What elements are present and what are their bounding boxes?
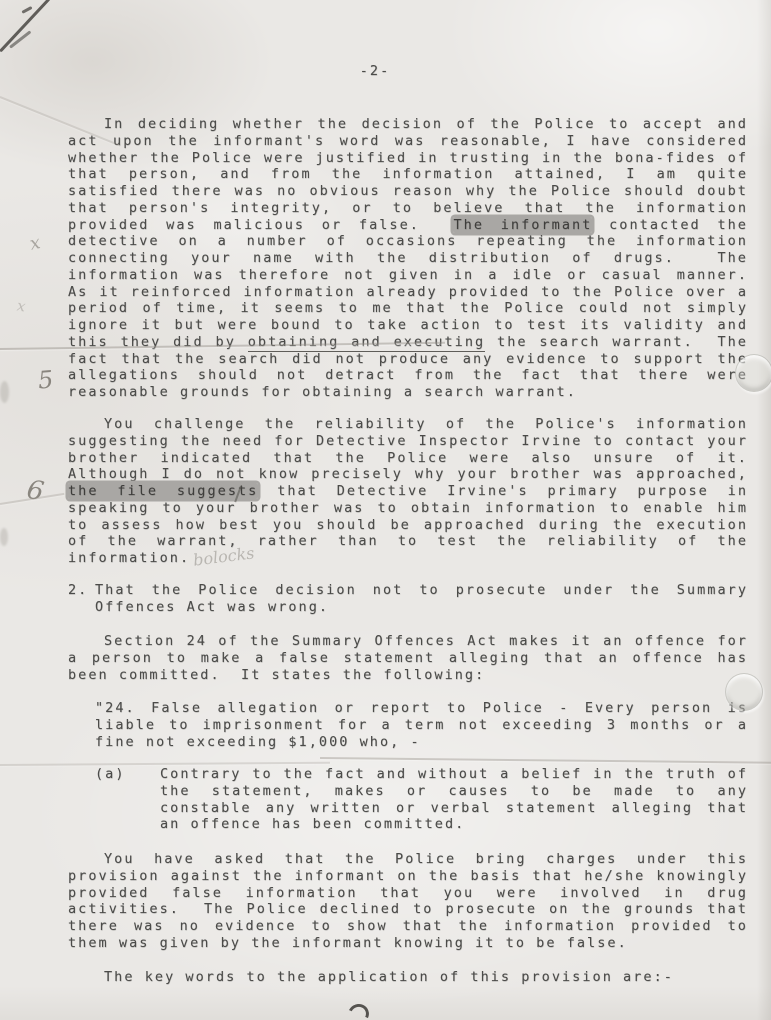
text-segment: That the Police decision not to prosecut… xyxy=(95,582,748,598)
document-line: period of time, it seems to me that the … xyxy=(68,300,748,317)
text-segment: Section 24 of the Summary Offences Act m… xyxy=(104,633,748,649)
text-segment: contacted the xyxy=(592,217,748,233)
document-line: You challenge the reliability of the Pol… xyxy=(68,416,748,433)
text-block-para-3: Section 24 of the Summary Offences Act m… xyxy=(68,633,748,683)
document-line: Section 24 of the Summary Offences Act m… xyxy=(68,633,748,650)
x-mark-2: x xyxy=(16,296,27,315)
line-label: (a) xyxy=(95,766,126,783)
document-line: In deciding whether the decision of the … xyxy=(68,116,748,133)
document-line: provision against the informant on the b… xyxy=(68,868,748,885)
hole-punch xyxy=(725,673,763,711)
text-segment: the statement, makes or causes to be mad… xyxy=(160,783,748,799)
edge-smudge xyxy=(0,381,9,403)
document-line: connecting your name with the distributi… xyxy=(68,250,748,267)
document-line: (a)Contrary to the fact and without a be… xyxy=(68,766,748,783)
text-block-para-1: In deciding whether the decision of the … xyxy=(68,116,748,401)
text-segment: provided false information that you were… xyxy=(68,885,748,901)
corner-fold-mark xyxy=(21,6,32,13)
text-segment: The key words to the application of this… xyxy=(104,969,674,985)
text-segment: Contrary to the fact and without a belie… xyxy=(160,766,748,782)
document-line: 2.That the Police decision not to prosec… xyxy=(68,582,748,599)
text-segment: to assess how best you should be approac… xyxy=(68,517,748,533)
document-line: "24. False allegation or report to Polic… xyxy=(68,700,748,717)
document-line: detective on a number of occasions repea… xyxy=(68,233,748,250)
handwritten-5: 5 xyxy=(37,365,55,394)
document-line: liable to imprisonment for a term not ex… xyxy=(68,717,748,734)
highlighted-text: The informant xyxy=(453,217,592,233)
text-segment: Although I do not know precisely why you… xyxy=(68,466,748,482)
text-segment: As it reinforced information already pro… xyxy=(68,284,748,300)
document-line: the file suggests that Detective Irvine'… xyxy=(68,483,748,500)
text-block-quote-s24: "24. False allegation or report to Polic… xyxy=(68,700,748,750)
document-line: The key words to the application of this… xyxy=(68,969,748,986)
text-segment: You have asked that the Police bring cha… xyxy=(104,851,748,867)
scanned-document-page: -2- In deciding whether the decision of … xyxy=(0,0,771,1020)
text-segment: detective on a number of occasions repea… xyxy=(68,233,748,249)
line-label: 2. xyxy=(68,582,88,599)
document-line: the statement, makes or causes to be mad… xyxy=(68,783,748,800)
handwritten-6: 6 xyxy=(25,475,47,507)
document-line: Although I do not know precisely why you… xyxy=(68,466,748,483)
document-line: brother indicated that the Police were a… xyxy=(68,450,748,467)
text-segment: a person to make a false statement alleg… xyxy=(68,650,748,666)
text-segment: satisfied there was no obvious reason wh… xyxy=(68,183,748,199)
text-segment: brother indicated that the Police were a… xyxy=(68,450,748,466)
text-block-para-4: You have asked that the Police bring cha… xyxy=(68,851,748,952)
document-line: of the warrant, rather than to test the … xyxy=(68,533,748,550)
text-segment: act upon the informant's word was reason… xyxy=(68,133,748,149)
bottom-edge-mark xyxy=(345,1001,372,1020)
page-number: -2- xyxy=(352,63,398,79)
document-line: information was therefore not given in a… xyxy=(68,267,748,284)
document-line: allegations should not detract from the … xyxy=(68,367,748,384)
text-block-item-2: 2.That the Police decision not to prosec… xyxy=(68,582,748,616)
text-segment: constable any written or verbal statemen… xyxy=(160,800,748,816)
crease-line xyxy=(320,757,771,763)
text-block-closing-line: The key words to the application of this… xyxy=(68,969,748,986)
text-segment: provision against the informant on the b… xyxy=(68,868,748,884)
text-segment: of the warrant, rather than to test the … xyxy=(68,533,748,549)
document-line: an offence has been committed. xyxy=(68,816,748,833)
text-segment: liable to imprisonment for a term not ex… xyxy=(95,717,748,733)
text-segment: information was therefore not given in a… xyxy=(68,267,748,283)
text-segment: that Detective Irvine's primary purpose … xyxy=(258,483,748,499)
document-line: You have asked that the Police bring cha… xyxy=(68,851,748,868)
document-line: provided was malicious or false. The inf… xyxy=(68,217,748,234)
text-segment: fine not exceeding $1,000 who, - xyxy=(95,734,421,750)
document-line: constable any written or verbal statemen… xyxy=(68,800,748,817)
document-line: fact that the search did not produce any… xyxy=(68,351,748,368)
document-line: activities. The Police declined to prose… xyxy=(68,901,748,918)
highlighted-text: the file suggests xyxy=(68,483,258,499)
document-line: As it reinforced information already pro… xyxy=(68,284,748,301)
document-line: act upon the informant's word was reason… xyxy=(68,133,748,150)
document-line: them was given by the informant knowing … xyxy=(68,935,748,952)
text-segment: fact that the search did not produce any… xyxy=(68,351,748,367)
document-line: fine not exceeding $1,000 who, - xyxy=(68,734,748,751)
text-block-subitem-a: (a)Contrary to the fact and without a be… xyxy=(68,766,748,833)
text-block-para-2: You challenge the reliability of the Pol… xyxy=(68,416,748,567)
text-segment: "24. False allegation or report to Polic… xyxy=(95,700,748,716)
text-segment: connecting your name with the distributi… xyxy=(68,250,748,266)
document-line: whether the Police were justified in tru… xyxy=(68,150,748,167)
text-segment: there was no evidence to show that the i… xyxy=(68,918,748,934)
edge-smudge xyxy=(0,528,8,546)
document-line: ignore it but were bound to take action … xyxy=(68,317,748,334)
document-line: reasonable grounds for obtaining a searc… xyxy=(68,384,748,401)
document-line: a person to make a false statement alleg… xyxy=(68,650,748,667)
document-line: that person's integrity, or to believe t… xyxy=(68,200,748,217)
text-segment: Offences Act was wrong. xyxy=(95,599,329,615)
text-segment: reasonable grounds for obtaining a searc… xyxy=(68,384,577,400)
document-line: there was no evidence to show that the i… xyxy=(68,918,748,935)
text-segment: period of time, it seems to me that the … xyxy=(68,300,748,316)
document-line: satisfied there was no obvious reason wh… xyxy=(68,183,748,200)
text-segment: activities. The Police declined to prose… xyxy=(68,901,748,917)
text-segment: In deciding whether the decision of the … xyxy=(104,116,748,132)
text-segment: them was given by the informant knowing … xyxy=(68,935,628,951)
text-segment: whether the Police were justified in tru… xyxy=(68,150,748,166)
document-line: speaking to your brother was to obtain i… xyxy=(68,500,748,517)
text-segment: the search warrant. The xyxy=(485,334,748,350)
document-line: provided false information that you were… xyxy=(68,885,748,902)
text-segment: speaking to your brother was to obtain i… xyxy=(68,500,748,516)
text-segment: provided was malicious or false. xyxy=(68,217,453,233)
document-line: Offences Act was wrong. xyxy=(68,599,748,616)
document-line: that person, and from the information at… xyxy=(68,166,748,183)
text-segment: You challenge the reliability of the Pol… xyxy=(104,416,748,432)
text-segment: allegations should not detract from the … xyxy=(68,367,748,383)
text-segment: information. xyxy=(68,550,190,566)
text-segment: been committed. It states the following: xyxy=(68,667,485,683)
document-line: information. xyxy=(68,550,748,567)
text-segment: that person, and from the information at… xyxy=(68,166,748,182)
text-segment: ignore it but were bound to take action … xyxy=(68,317,748,333)
crease-line xyxy=(0,762,330,766)
text-segment: that person's integrity, or to believe t… xyxy=(68,200,748,216)
hole-punch xyxy=(735,354,771,392)
x-mark-1: x xyxy=(28,232,42,255)
document-line: been committed. It states the following: xyxy=(68,667,748,684)
document-line: to assess how best you should be approac… xyxy=(68,517,748,534)
text-segment: suggesting the need for Detective Inspec… xyxy=(68,433,748,449)
document-line: suggesting the need for Detective Inspec… xyxy=(68,433,748,450)
text-segment: an offence has been committed. xyxy=(160,816,465,832)
